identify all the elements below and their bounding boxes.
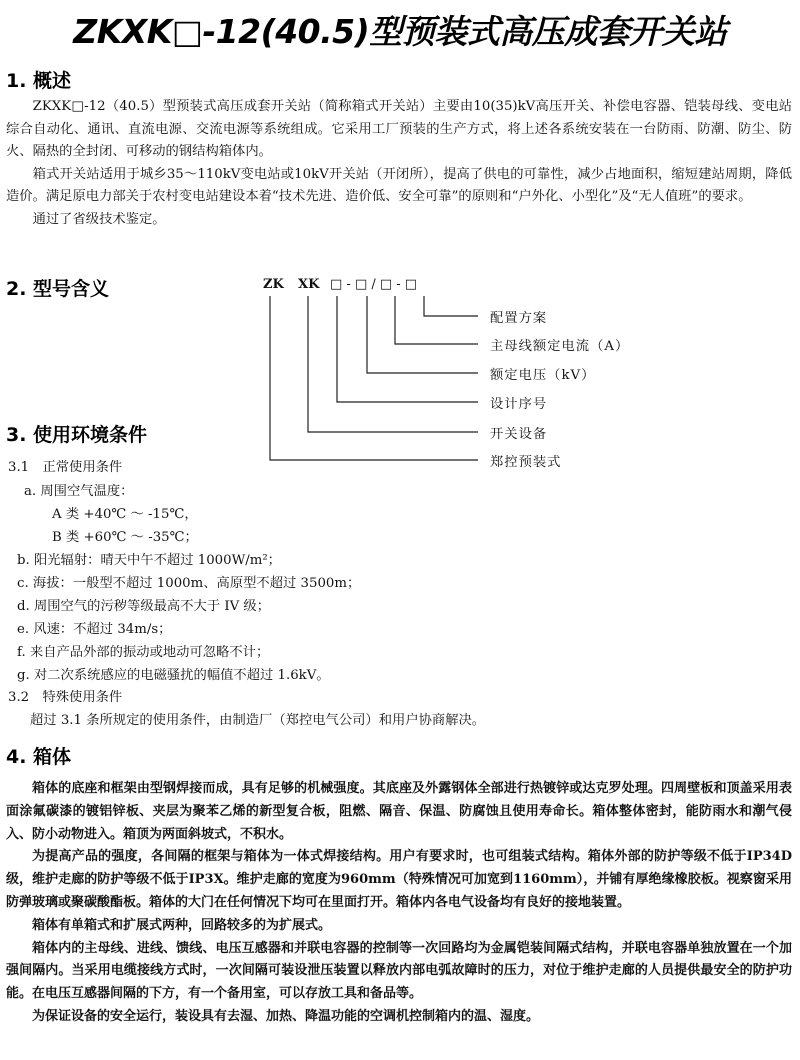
- paragraph: 为提高产品的强度，各间隔的框架与箱体为一体式焊接结构。用户有要求时，也可组装式结…: [6, 846, 792, 914]
- label-configuration-scheme: 配置方案: [490, 307, 547, 326]
- condition-item: d. 周围空气的污秽等级最高不大于 IV 级；: [17, 595, 270, 614]
- special-conditions-text: 超过 3.1 条所规定的使用条件，由制造厂（郑控电气公司）和用户协商解决。: [30, 709, 485, 728]
- model-code-diagram: [0, 0, 800, 480]
- label-main-busbar-current: 主母线额定电流（A）: [490, 335, 629, 354]
- section-enclosure-body: 箱体的底座和框架由型钢焊接而成，具有足够的机械强度。其底座及外露钢体全部进行热镀…: [6, 778, 792, 1029]
- label-design-serial: 设计序号: [490, 393, 547, 412]
- label-rated-voltage: 额定电压（kV）: [490, 364, 595, 383]
- condition-item: B 类 +60℃ ～ -35℃；: [52, 526, 198, 545]
- section-heading-environment: 3. 使用环境条件: [6, 420, 147, 447]
- subsection-special-conditions: 3.2 特殊使用条件: [8, 686, 122, 705]
- condition-item: A 类 +40℃ ～ -15℃，: [52, 503, 198, 522]
- section-heading-enclosure: 4. 箱体: [6, 742, 71, 769]
- condition-item: c. 海拔：一般型不超过 1000m、高原型不超过 3500m；: [17, 572, 360, 591]
- paragraph: 箱体内的主母线、进线、馈线、电压互感器和并联电容器的控制等一次回路均为金属铠装间…: [6, 938, 792, 1006]
- paragraph: 为保证设备的安全运行，装设具有去湿、加热、降温功能的空调机控制箱内的温、湿度。: [6, 1006, 792, 1029]
- subsection-normal-conditions: 3.1 正常使用条件: [8, 456, 122, 475]
- condition-item: a. 周围空气温度：: [24, 480, 133, 499]
- label-zhengkong-prefab: 郑控预装式: [490, 451, 561, 470]
- condition-item: f. 来自产品外部的振动或地动可忽略不计；: [17, 641, 269, 660]
- label-switchgear: 开关设备: [490, 423, 547, 442]
- paragraph: 箱体有单箱式和扩展式两种，回路较多的为扩展式。: [6, 915, 792, 938]
- condition-item: g. 对二次系统感应的电磁骚扰的幅值不超过 1.6kV。: [17, 664, 330, 683]
- condition-item: b. 阳光辐射：晴天中午不超过 1000W/m²；: [17, 549, 281, 568]
- condition-item: e. 风速：不超过 34m/s；: [17, 618, 171, 637]
- paragraph: 箱体的底座和框架由型钢焊接而成，具有足够的机械强度。其底座及外露钢体全部进行热镀…: [6, 778, 792, 846]
